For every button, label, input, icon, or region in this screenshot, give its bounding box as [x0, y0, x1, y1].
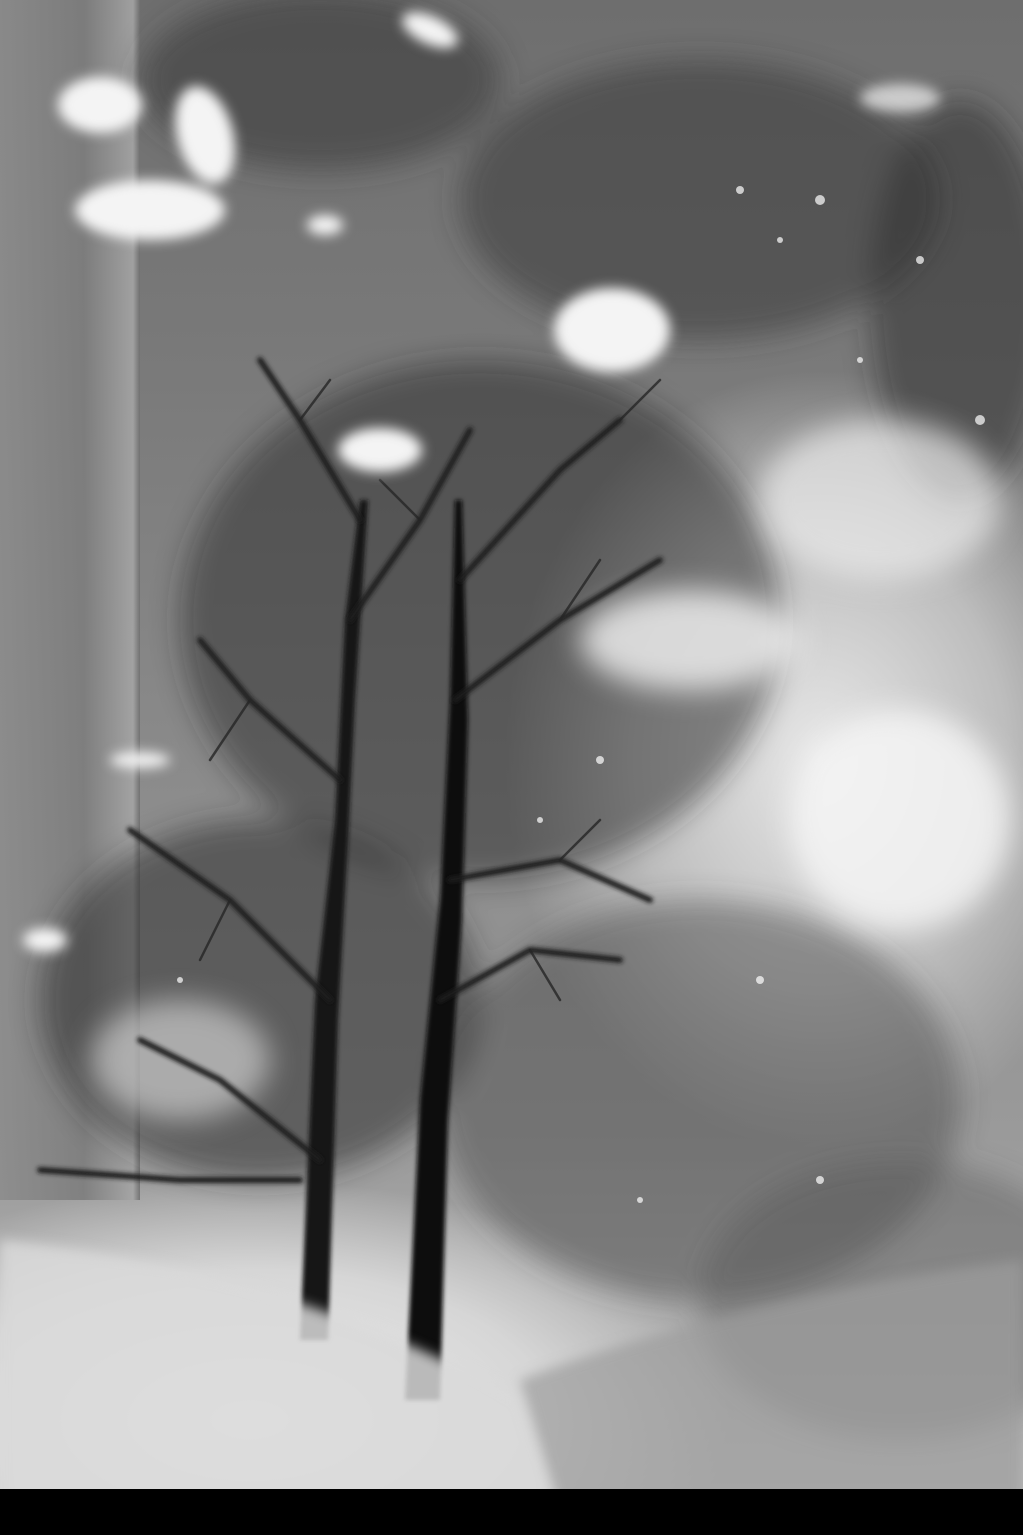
film-border [0, 1489, 1023, 1512]
photograph [0, 0, 1023, 1512]
tree-reflection-scene [0, 0, 1023, 1512]
